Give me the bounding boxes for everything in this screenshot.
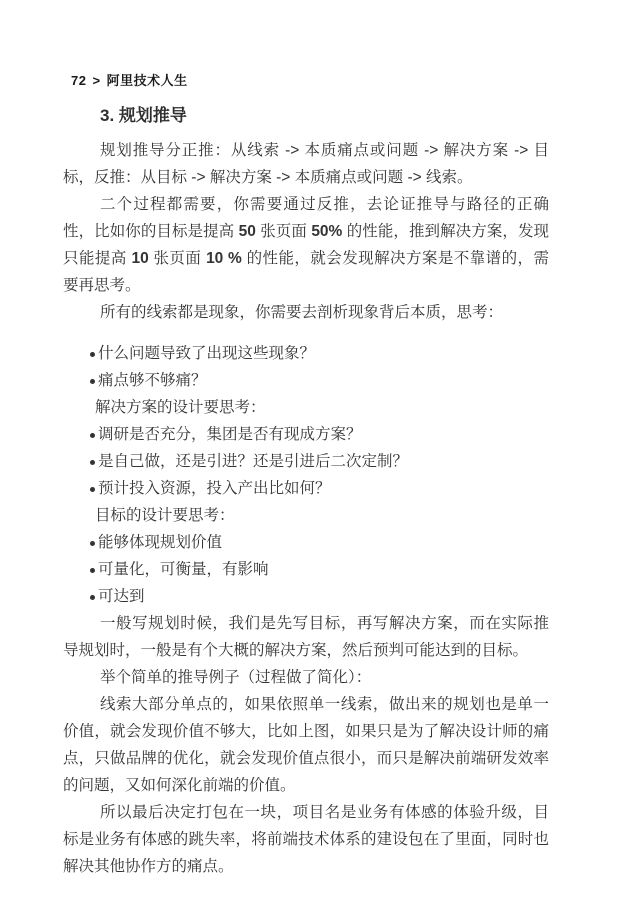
list-item: 是自己做，还是引进？还是引进后二次定制？: [63, 448, 549, 475]
list-item: 可量化，可衡量，有影响: [63, 556, 549, 583]
section-heading: 3. 规划推导: [100, 104, 549, 128]
page-content: 3. 规划推导 规划推导分正推：从线索 -> 本质痛点或问题 -> 解决方案 -…: [63, 104, 549, 880]
bullet-icon: [90, 433, 95, 438]
list-item-text: 痛点够不够痛？: [98, 367, 207, 394]
running-header: 72 > 阿里技术人生: [71, 70, 188, 89]
bullet-icon: [90, 595, 95, 600]
goal-design-subhead: 目标的设计要思考：: [95, 502, 549, 529]
list-item: 痛点够不够痛？: [63, 367, 549, 394]
bullet-icon: [90, 352, 95, 357]
clue-question-list: 什么问题导致了出现这些现象？ 痛点够不够痛？: [63, 340, 549, 394]
paragraph-single-clue-value: 线索大部分单点的，如果依照单一线索，做出来的规划也是单一价值，就会发现价值不够大…: [63, 691, 549, 799]
solution-question-list: 调研是否充分，集团是否有现成方案？ 是自己做，还是引进？还是引进后二次定制？ 预…: [63, 421, 549, 502]
bullet-icon: [90, 460, 95, 465]
header-separator: >: [92, 73, 100, 88]
paragraph-final-decision: 所以最后决定打包在一块，项目名是业务有体感的体验升级，目标是业务有体感的跳失率，…: [63, 799, 549, 880]
list-item-text: 调研是否充分，集团是否有现成方案？: [98, 421, 362, 448]
bullet-icon: [90, 541, 95, 546]
paragraph-example-intro: 举个简单的推导例子（过程做了简化）：: [63, 664, 549, 691]
text-segment: 张页面: [149, 250, 206, 267]
list-item: 预计投入资源，投入产出比如何？: [63, 475, 549, 502]
page-number: 72: [71, 73, 86, 88]
list-item-text: 能够体现规划价值: [98, 529, 222, 556]
bold-number-50-pages: 50: [239, 223, 256, 240]
list-item: 可达到: [63, 583, 549, 610]
section-number: 3.: [100, 106, 114, 125]
paragraph-both-processes: 二个过程都需要，你需要通过反推，去论证推导与路径的正确性，比如你的目标是提高 5…: [63, 191, 549, 299]
bold-number-10-pages: 10: [132, 250, 149, 267]
goal-criteria-list: 能够体现规划价值 可量化，可衡量，有影响 可达到: [63, 529, 549, 610]
paragraph-writing-order: 一般写规划时候，我们是先写目标，再写解决方案，而在实际推导规划时，一般是有个大概…: [63, 610, 549, 664]
list-item-text: 可达到: [98, 583, 145, 610]
bullet-icon: [90, 568, 95, 573]
section-title: 规划推导: [119, 106, 187, 125]
paragraph-derivation-directions: 规划推导分正推：从线索 -> 本质痛点或问题 -> 解决方案 -> 目标，反推：…: [63, 137, 549, 191]
list-item-text: 预计投入资源，投入产出比如何？: [98, 475, 331, 502]
bold-number-50-percent: 50%: [311, 223, 342, 240]
list-item-text: 是自己做，还是引进？还是引进后二次定制？: [98, 448, 408, 475]
bullet-icon: [90, 379, 95, 384]
paragraph-clues-are-phenomena: 所有的线索都是现象，你需要去剖析现象背后本质，思考：: [63, 299, 549, 326]
text-segment: 张页面: [256, 223, 311, 240]
list-item: 什么问题导致了出现这些现象？: [63, 340, 549, 367]
list-item: 能够体现规划价值: [63, 529, 549, 556]
bullet-icon: [90, 487, 95, 492]
solution-design-subhead: 解决方案的设计要思考：: [95, 394, 549, 421]
book-page: 72 > 阿里技术人生 3. 规划推导 规划推导分正推：从线索 -> 本质痛点或…: [0, 0, 642, 907]
list-item-text: 什么问题导致了出现这些现象？: [98, 340, 315, 367]
bold-number-10-percent: 10 %: [206, 250, 242, 267]
list-item-text: 可量化，可衡量，有影响: [98, 556, 269, 583]
list-item: 调研是否充分，集团是否有现成方案？: [63, 421, 549, 448]
book-title: 阿里技术人生: [107, 70, 188, 89]
